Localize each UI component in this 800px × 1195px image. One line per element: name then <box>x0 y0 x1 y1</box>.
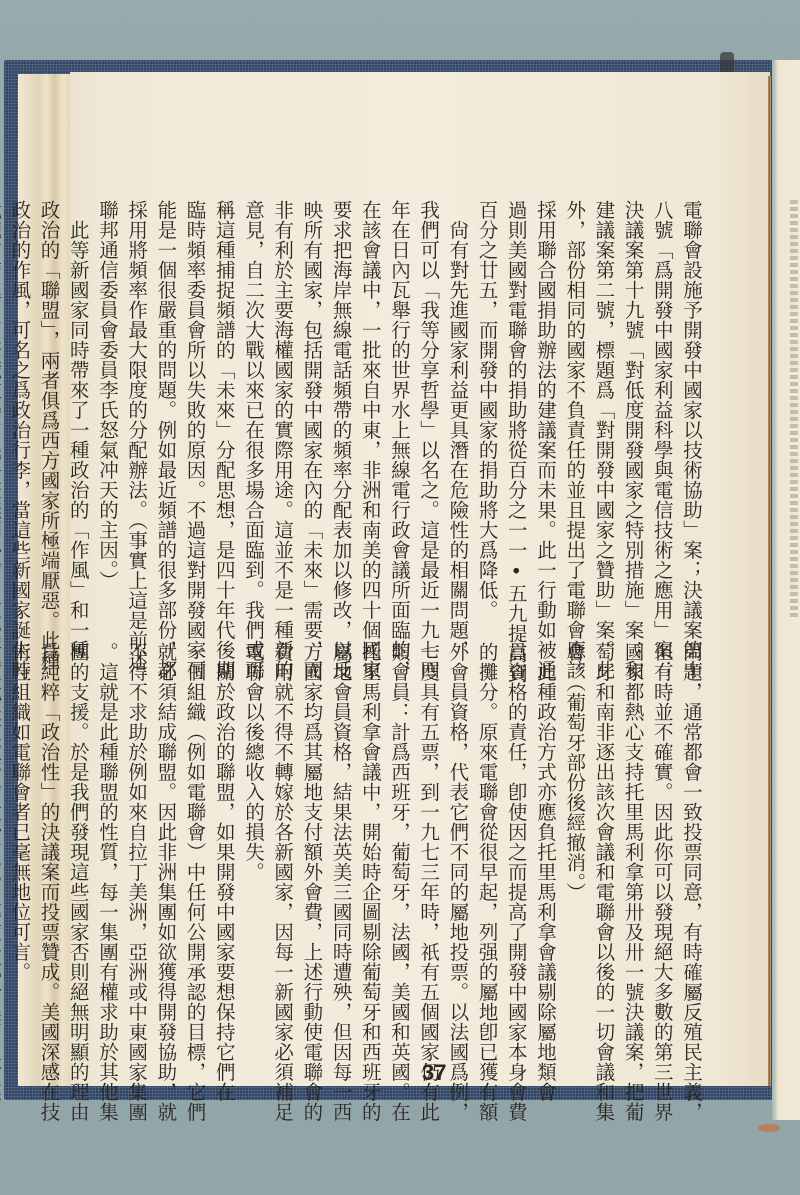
text-column: 萄牙和南非逐出該次會議和電聯會以後的一切會議和集 <box>589 642 618 1062</box>
text-column: 。這就是此種聯盟的性質，每一集團有權求助於其他集 <box>93 642 122 1062</box>
text-column: 爲純粹「政治性」的決議案而投票贊成。美國深感在技 <box>34 642 63 1062</box>
corner-stain <box>758 1124 780 1132</box>
text-column: 採用聯合國捐助辦法的建議案而未果。此一行動如被通 <box>531 200 560 620</box>
text-column: 不得不求助於例如來自拉丁美洲，亞洲或中東國家集團 <box>122 642 151 1062</box>
text-column: 要求把海岸無線電話頻帶的頻率分配表加以修改，以反 <box>326 200 355 620</box>
text-column: 團的支援。於是我們發現這些國家否則絕無明顯的理由 <box>64 642 93 1062</box>
text-column: 年在日內瓦舉行的世界水上無線電行政會議所面臨的， <box>385 200 414 620</box>
text-column: 建議案第二號，標題爲「對開發中國家之贊助」案。此 <box>589 200 618 620</box>
text-column: 電聯會以後總收入的損失。 <box>239 642 268 1062</box>
text-column: 這就是這種新的政治問題，導使一部份美國人對某 <box>0 642 5 1062</box>
text-column: 電聯會設施予開發中國家以技術協助」案；決議案第十 <box>677 200 706 620</box>
binding-wear-mark <box>720 52 734 74</box>
text-column: 政治的作風，可名之爲政治行李，當這些新國家誕生時 <box>5 200 34 620</box>
text-column: 尙有對先進國家利益更具潛在危險性的相關問題， <box>443 200 472 620</box>
text-column: 八號「爲開發中國家利益科學與電信技術之應用」案； <box>648 200 677 620</box>
page-gutter <box>768 76 771 1086</box>
text-column: 外會員資格，代表它們不同的屬地投票。以法國爲例， <box>443 642 472 1062</box>
text-column: 採用將頻率作最大限度的分配辦法。（事實上這是前述 <box>122 200 151 620</box>
text-column: 一個組織（例如電聯會）中任何公開承認的目標，它們 <box>180 642 209 1062</box>
text-column: 費用就不得不轉嫁於各新國家，因每一新國家必須補足 <box>268 642 297 1062</box>
adjacent-page-text-sliver <box>790 200 798 620</box>
text-column: 屬地會員資格，結果法英美三國同時遭殃，但因每一西 <box>326 642 355 1062</box>
text-column: 臨時頻率委員會所以失敗的原因。不過這對開發國家可 <box>180 200 209 620</box>
text-column: 聯邦通信委員會委員李氏怒氣冲天的主因。） <box>93 200 122 620</box>
text-column: 稱這種捕捉頻譜的「未來」分配思想，是四十年代後期 <box>210 200 239 620</box>
text-column: 的攤分。原來電聯會從很早起，列强的屬地卽已獲有額 <box>472 642 501 1062</box>
text-column: 問題，通常都會一致投票同意，有時確屬反殖民主義， <box>677 642 706 1062</box>
text-column: 過則美國對電聯會的捐助將從百分之一一•五九提高到 <box>502 200 531 620</box>
text-column: 決議案第十九號「對低度開發國家之特別措施」案；和 <box>618 200 647 620</box>
text-block-lower: 問題，通常都會一致投票同意，有時確屬反殖民主義， 但有時並不確實。因此你可以發現… <box>138 642 706 1062</box>
page-number: 37 <box>422 1060 446 1086</box>
text-block-upper: 電聯會設施予開發中國家以技術協助」案；決議案第十 八號「爲開發中國家利益科學與電… <box>128 200 706 620</box>
text-column: 就必須結成聯盟。因此非洲集團如欲獲得開發協助，就 <box>151 642 180 1062</box>
text-column: 國家都熱心支持托里馬利拿第卅及卅一號決議案，把葡 <box>618 642 647 1062</box>
text-column: 會。（葡萄牙部份後經撤消。） <box>560 642 589 1062</box>
text-column: 托里馬利拿會議中，開始時企圖剔除葡萄牙和西班牙的 <box>356 642 385 1062</box>
text-column: 在該會議中，一批來自中東，非洲和南美的四十個國家 <box>356 200 385 620</box>
text-column: 外，部份相同的國家不負責任的並且提出了電聯會應該 <box>560 200 589 620</box>
text-column: 就把它帶進了國際競技場。幾乎毫無例外的，這些新國 <box>0 200 5 620</box>
text-column: 術性組織如電聯會者已毫無地位可言。 <box>5 642 34 1062</box>
text-column: 關於政治的聯盟，如果開發中國家要想保持它們在 <box>210 642 239 1062</box>
text-column: 方國家均爲其屬地支付額外會費，上述行動使電聯會的 <box>297 642 326 1062</box>
text-column: 意見，自二次大戰以來已在很多場合面臨到。我們或可 <box>239 200 268 620</box>
text-column: 一度具有五票，到一九七三年時，祇有五個國家仍有此 <box>414 642 443 1062</box>
text-column: 百分之廿五，而開發中國家的捐助將大爲降低。 <box>472 200 501 620</box>
text-column: 類會員：計爲西班牙，葡萄牙，法國，美國和英國。在 <box>385 642 414 1062</box>
text-column: 此等新國家同時帶來了一種政治的「作風」和一種 <box>64 200 93 620</box>
text-column: 政治的「聯盟」，兩者俱爲西方國家所極端厭惡。此種 <box>34 200 63 620</box>
text-column: 非有利於主要海權國家的實際用途。這並不是一種新的 <box>268 200 297 620</box>
text-column: 但有時並不確實。因此你可以發現絕大多數的第三世界 <box>648 642 677 1062</box>
text-column: 映所有國家，包括開發中國家在內的「未來」需要，而 <box>297 200 326 620</box>
text-column: 我們可以「我等分享哲學」以名之。這是最近一九七四 <box>414 200 443 620</box>
text-column: 此種政治方式亦應負托里馬利拿會議剔除屬地類會 <box>531 642 560 1062</box>
text-column: 員資格的責任，卽使因之而提高了開發中國家本身會費 <box>502 642 531 1062</box>
text-column: 能是一個很嚴重的問題。例如最近頻譜的很多部份，都 <box>151 200 180 620</box>
